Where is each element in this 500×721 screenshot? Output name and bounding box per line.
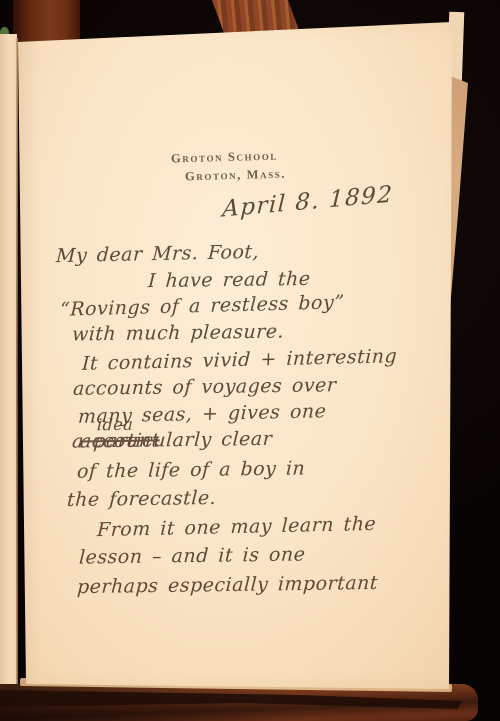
letter-line: “Rovings of a restless boy” xyxy=(60,293,345,319)
letter-line: lesson – and it is one xyxy=(78,545,305,567)
gutter-crease xyxy=(16,38,18,688)
letter-page: Groton School Groton, Mass. April 8. 189… xyxy=(0,0,500,721)
letter-line: accounts of voyages over xyxy=(72,376,336,399)
letterhead-location: Groton, Mass. xyxy=(185,167,286,185)
letter-salutation: My dear Mrs. Foot, xyxy=(56,243,260,266)
letter-line: perhaps especially important xyxy=(76,574,378,597)
wooden-stand-post-left xyxy=(13,0,80,46)
letter-line: It contains vivid + interesting xyxy=(82,347,398,374)
letter-date: April 8. 1892 xyxy=(222,181,394,222)
letter-line: a particularly clearideaaccount xyxy=(71,431,160,451)
letter-line: From it one may learn the xyxy=(97,515,377,540)
letter-line: the forecastle. xyxy=(66,489,216,510)
letter-line: I have read the xyxy=(147,270,311,291)
letter-line: with much pleasure. xyxy=(71,323,284,345)
left-page-edge xyxy=(0,34,17,690)
letter-line: of the life of a boy in xyxy=(76,459,305,481)
letterhead-school-name: Groton School xyxy=(171,149,278,167)
inserted-word: idea xyxy=(96,417,133,434)
correction: ideaaccount xyxy=(79,431,160,451)
book-photograph: Groton School Groton, Mass. April 8. 189… xyxy=(0,0,500,721)
